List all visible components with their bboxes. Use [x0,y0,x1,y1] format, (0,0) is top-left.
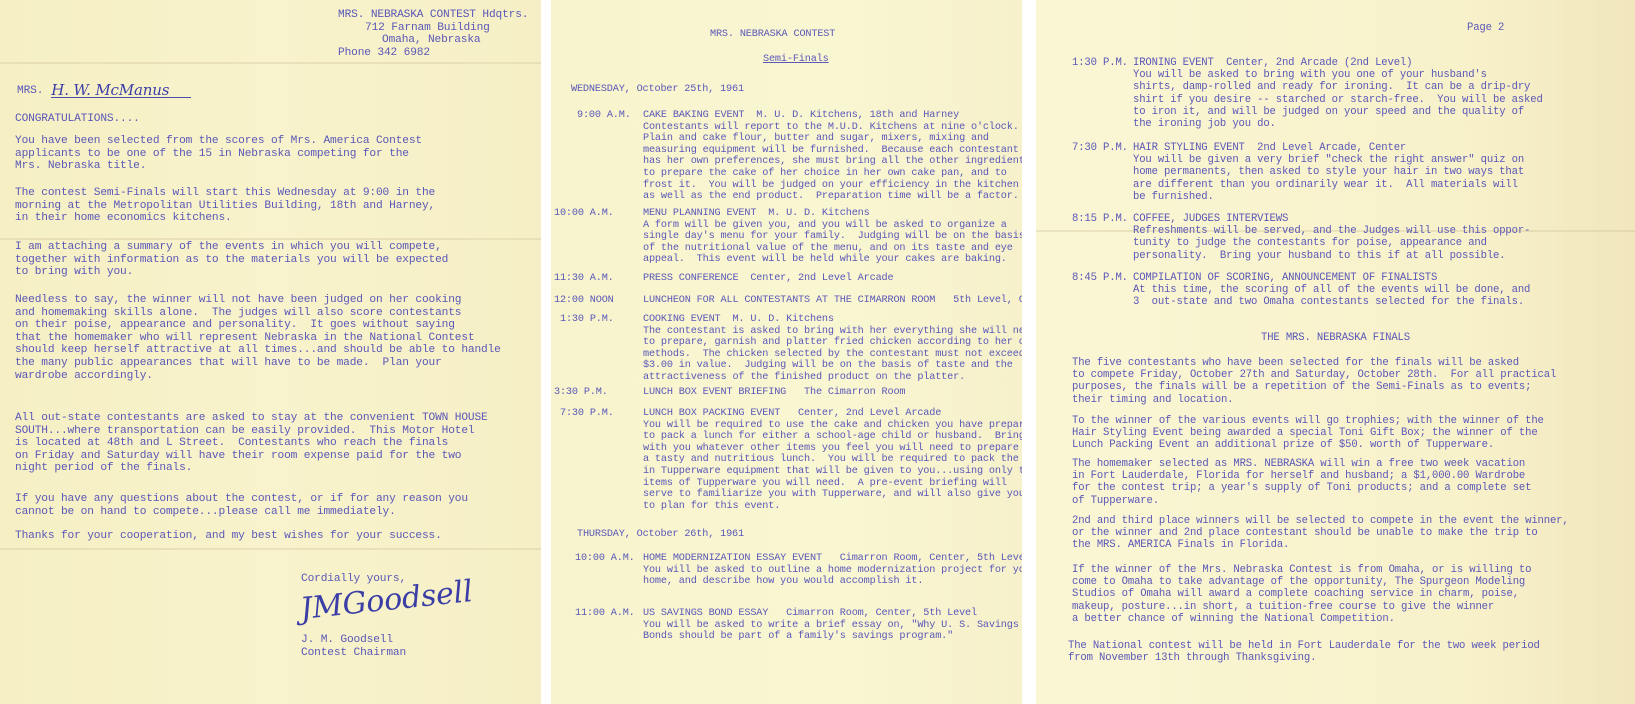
letter-paragraph: Needless to say, the winner will not hav… [15,294,501,382]
finals-paragraph: 2nd and third place winners will be sele… [1072,515,1569,552]
event-time: 1:30 P.M. [560,314,614,326]
day-heading-wednesday: WEDNESDAY, October 25th, 1961 [571,84,744,96]
finals-paragraph: If the winner of the Mrs. Nebraska Conte… [1072,564,1531,625]
event-time: 10:00 A.M. [554,208,614,220]
letterhead-city: Omaha, Nebraska [338,34,528,47]
event-title: PRESS CONFERENCE Center, 2nd Level Arcad… [643,273,893,285]
event-time: 8:45 P.M. [1072,272,1128,284]
finals-paragraph: The five contestants who have been selec… [1072,357,1556,406]
signer-title: Contest Chairman [301,647,406,660]
finals-heading: THE MRS. NEBRASKA FINALS [1261,332,1410,344]
national-contest-paragraph: The National contest will be held in For… [1068,640,1540,664]
salutation-prefix: MRS. [17,85,43,98]
signer-name: J. M. Goodsell [301,634,393,647]
page-number-label: Page 2 [1467,22,1504,34]
paper-fold [0,238,541,240]
letterhead-org: MRS. NEBRASKA CONTEST Hdqtrs. [338,9,528,22]
paper-fold [0,62,541,64]
letter-paragraph: The contest Semi-Finals will start this … [15,187,435,225]
recipient-line: MRS. H. W. McManus [17,84,191,98]
letter-paragraph: All out-state contestants are asked to s… [15,412,488,475]
letter-paragraph: If you have any questions about the cont… [15,493,468,518]
event-time: 11:30 A.M. [554,273,614,285]
letter-paragraph: You have been selected from the scores o… [15,135,422,173]
letter-page: MRS. NEBRASKA CONTEST Hdqtrs. 712 Farnam… [0,0,541,704]
event-title: MENU PLANNING EVENT M. U. D. Kitchens [643,208,1022,220]
event-title: COMPILATION OF SCORING, ANNOUNCEMENT OF … [1133,272,1530,284]
event-time: 7:30 P.M. [1072,142,1128,154]
greeting: CONGRATULATIONS.... [15,113,140,126]
event-title: COFFEE, JUDGES INTERVIEWS [1133,213,1530,225]
event-title: LUNCH BOX EVENT BRIEFING The Cimarron Ro… [643,387,905,399]
letter-paragraph: Thanks for your cooperation, and my best… [15,530,442,543]
event-title: LUNCHEON FOR ALL CONTESTANTS AT THE CIMA… [643,295,1022,307]
event-time: 1:30 P.M. [1072,57,1128,69]
event-title: COOKING EVENT M. U. D. Kitchens [643,314,1022,326]
schedule-page: MRS. NEBRASKA CONTEST Semi-Finals WEDNES… [551,0,1022,704]
schedule-title: MRS. NEBRASKA CONTEST [710,29,835,41]
event-title: CAKE BAKING EVENT M. U. D. Kitchens, 18t… [643,110,1022,122]
letter-paragraph: I am attaching a summary of the events i… [15,241,448,279]
event-title: LUNCH BOX PACKING EVENT Center, 2nd Leve… [643,408,1022,420]
event-title: IRONING EVENT Center, 2nd Arcade (2nd Le… [1133,57,1543,69]
paper-fold [0,548,541,550]
event-time: 9:00 A.M. [577,110,631,122]
letterhead: MRS. NEBRASKA CONTEST Hdqtrs. 712 Farnam… [338,9,528,59]
schedule-subtitle: Semi-Finals [763,54,829,66]
event-time: 7:30 P.M. [560,408,614,420]
event-time: 8:15 P.M. [1072,213,1128,225]
event-time: 12:00 NOON [554,295,614,307]
finals-paragraph: To the winner of the various events will… [1072,415,1544,452]
page-two: Page 2 1:30 P.M. IRONING EVENT Center, 2… [1036,0,1635,704]
finals-paragraph: The homemaker selected as MRS. NEBRASKA … [1072,458,1531,507]
day-heading-thursday: THURSDAY, October 26th, 1961 [577,529,744,541]
event-time: 3:30 P.M. [554,387,608,399]
event-time: 11:00 A.M. [575,608,635,620]
recipient-handwritten: H. W. McManus [51,84,191,98]
event-time: 10:00 A.M. [575,553,635,565]
letterhead-phone: Phone 342 6982 [338,47,528,60]
event-title: HOME MODERNIZATION ESSAY EVENT Cimarron … [643,553,1022,565]
event-title: HAIR STYLING EVENT 2nd Level Arcade, Cen… [1133,142,1524,154]
letterhead-address: 712 Farnam Building [338,22,528,35]
event-title: US SAVINGS BOND ESSAY Cimarron Room, Cen… [643,608,1019,620]
